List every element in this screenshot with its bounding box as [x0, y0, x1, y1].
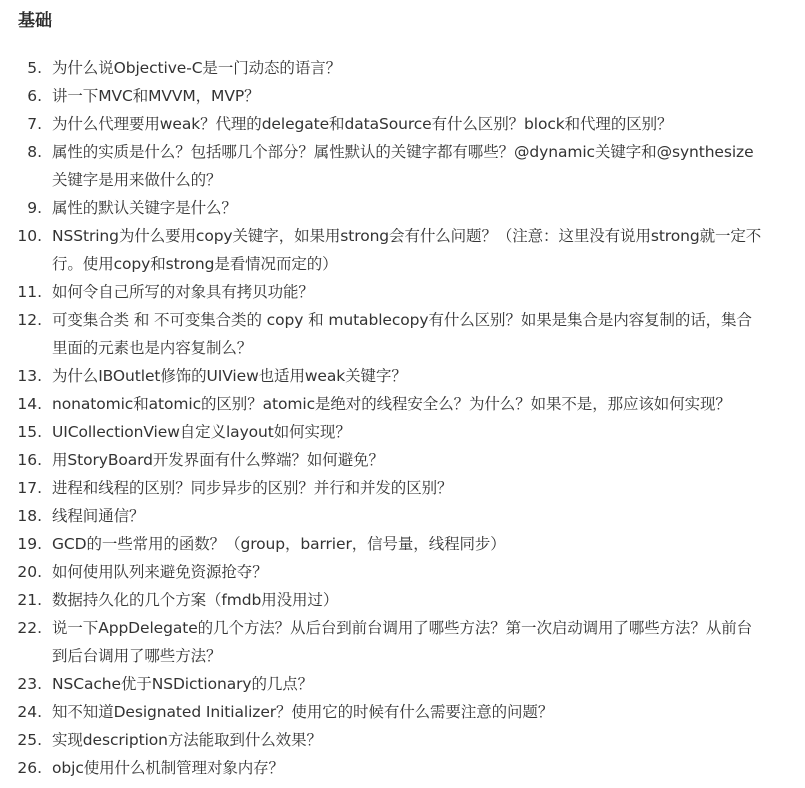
item-text-line: 属性的默认关键字是什么？: [52, 194, 782, 222]
item-number: 26.: [0, 754, 42, 782]
item-text: 线程间通信？: [52, 502, 782, 530]
item-text-line: 如何令自己所写的对象具有拷贝功能？: [52, 278, 782, 306]
list-item: 24. 知不知道Designated Initializer？使用它的时候有什么…: [0, 698, 782, 726]
section-title: 基础: [0, 8, 805, 34]
item-text-line: objc使用什么机制管理对象内存？: [52, 754, 782, 782]
item-number: 13.: [0, 362, 42, 390]
item-number: 8.: [0, 138, 42, 166]
item-number: 6.: [0, 82, 42, 110]
list-item: 14. nonatomic和atomic的区别？atomic是绝对的线程安全么？…: [0, 390, 782, 418]
item-text: GCD的一些常用的函数？（group，barrier，信号量，线程同步）: [52, 530, 782, 558]
item-text: 实现description方法能取到什么效果？: [52, 726, 782, 754]
item-text-line: 用StoryBoard开发界面有什么弊端？如何避免？: [52, 446, 782, 474]
item-text: 为什么IBOutlet修饰的UIView也适用weak关键字？: [52, 362, 782, 390]
item-text: NSCache优于NSDictionary的几点？: [52, 670, 782, 698]
item-number: 10.: [0, 222, 42, 250]
item-number: 17.: [0, 474, 42, 502]
item-text: 为什么说Objective-C是一门动态的语言？: [52, 54, 782, 82]
item-text-line: 为什么IBOutlet修饰的UIView也适用weak关键字？: [52, 362, 782, 390]
item-text-line: nonatomic和atomic的区别？atomic是绝对的线程安全么？为什么？…: [52, 390, 782, 418]
item-text-line: UICollectionView自定义layout如何实现？: [52, 418, 782, 446]
item-text: 属性的实质是什么？包括哪几个部分？属性默认的关键字都有哪些？@dynamic关键…: [52, 138, 782, 194]
item-text: NSString为什么要用copy关键字，如果用strong会有什么问题？（注意…: [52, 222, 782, 278]
list-item: 23. NSCache优于NSDictionary的几点？: [0, 670, 782, 698]
item-text: 如何令自己所写的对象具有拷贝功能？: [52, 278, 782, 306]
item-text: 可变集合类 和 不可变集合类的 copy 和 mutablecopy有什么区别？…: [52, 306, 782, 362]
list-item: 7. 为什么代理要用weak？代理的delegate和dataSource有什么…: [0, 110, 782, 138]
list-item: 11. 如何令自己所写的对象具有拷贝功能？: [0, 278, 782, 306]
item-text-line: NSCache优于NSDictionary的几点？: [52, 670, 782, 698]
item-text: UICollectionView自定义layout如何实现？: [52, 418, 782, 446]
item-number: 16.: [0, 446, 42, 474]
item-number: 21.: [0, 586, 42, 614]
list-item: 12. 可变集合类 和 不可变集合类的 copy 和 mutablecopy有什…: [0, 306, 782, 362]
list-item: 19. GCD的一些常用的函数？（group，barrier，信号量，线程同步）: [0, 530, 782, 558]
item-text-line: 实现description方法能取到什么效果？: [52, 726, 782, 754]
item-text-line: 属性的实质是什么？包括哪几个部分？属性默认的关键字都有哪些？@dynamic关键…: [52, 138, 782, 166]
item-text-line: 说一下AppDelegate的几个方法？从后台到前台调用了哪些方法？第一次启动调…: [52, 614, 782, 642]
item-number: 7.: [0, 110, 42, 138]
item-text-line: 为什么说Objective-C是一门动态的语言？: [52, 54, 782, 82]
item-number: 19.: [0, 530, 42, 558]
list-item: 18. 线程间通信？: [0, 502, 782, 530]
item-text-line: 可变集合类 和 不可变集合类的 copy 和 mutablecopy有什么区别？…: [52, 306, 782, 334]
item-number: 25.: [0, 726, 42, 754]
question-list: 5. 为什么说Objective-C是一门动态的语言？ 6. 讲一下MVC和MV…: [0, 54, 805, 782]
item-number: 12.: [0, 306, 42, 334]
list-item: 26. objc使用什么机制管理对象内存？: [0, 754, 782, 782]
item-text-line: NSString为什么要用copy关键字，如果用strong会有什么问题？（注意…: [52, 222, 782, 250]
item-number: 15.: [0, 418, 42, 446]
item-text-line: 线程间通信？: [52, 502, 782, 530]
list-item: 6. 讲一下MVC和MVVM，MVP？: [0, 82, 782, 110]
item-text-line: 如何使用队列来避免资源抢夺？: [52, 558, 782, 586]
list-item: 10. NSString为什么要用copy关键字，如果用strong会有什么问题…: [0, 222, 782, 278]
list-item: 16. 用StoryBoard开发界面有什么弊端？如何避免？: [0, 446, 782, 474]
item-text: 知不知道Designated Initializer？使用它的时候有什么需要注意…: [52, 698, 782, 726]
list-item: 21. 数据持久化的几个方案（fmdb用没用过）: [0, 586, 782, 614]
item-text-line: 数据持久化的几个方案（fmdb用没用过）: [52, 586, 782, 614]
item-text: objc使用什么机制管理对象内存？: [52, 754, 782, 782]
list-item: 13. 为什么IBOutlet修饰的UIView也适用weak关键字？: [0, 362, 782, 390]
item-number: 23.: [0, 670, 42, 698]
item-text: 属性的默认关键字是什么？: [52, 194, 782, 222]
item-text: 数据持久化的几个方案（fmdb用没用过）: [52, 586, 782, 614]
item-text: 说一下AppDelegate的几个方法？从后台到前台调用了哪些方法？第一次启动调…: [52, 614, 782, 670]
item-text: 讲一下MVC和MVVM，MVP？: [52, 82, 782, 110]
list-item: 9. 属性的默认关键字是什么？: [0, 194, 782, 222]
item-text-line: 里面的元素也是内容复制么？: [52, 334, 782, 362]
item-text-line: 知不知道Designated Initializer？使用它的时候有什么需要注意…: [52, 698, 782, 726]
list-item: 5. 为什么说Objective-C是一门动态的语言？: [0, 54, 782, 82]
item-text-line: 行。使用copy和strong是看情况而定的）: [52, 250, 782, 278]
item-text: 用StoryBoard开发界面有什么弊端？如何避免？: [52, 446, 782, 474]
item-number: 22.: [0, 614, 42, 642]
item-text: 为什么代理要用weak？代理的delegate和dataSource有什么区别？…: [52, 110, 782, 138]
item-text-line: GCD的一些常用的函数？（group，barrier，信号量，线程同步）: [52, 530, 782, 558]
list-item: 20. 如何使用队列来避免资源抢夺？: [0, 558, 782, 586]
item-number: 18.: [0, 502, 42, 530]
list-item: 8. 属性的实质是什么？包括哪几个部分？属性默认的关键字都有哪些？@dynami…: [0, 138, 782, 194]
item-text-line: 为什么代理要用weak？代理的delegate和dataSource有什么区别？…: [52, 110, 782, 138]
item-number: 11.: [0, 278, 42, 306]
list-item: 25. 实现description方法能取到什么效果？: [0, 726, 782, 754]
item-text: 如何使用队列来避免资源抢夺？: [52, 558, 782, 586]
document-page: 基础 5. 为什么说Objective-C是一门动态的语言？ 6. 讲一下MVC…: [0, 0, 805, 782]
item-text: nonatomic和atomic的区别？atomic是绝对的线程安全么？为什么？…: [52, 390, 782, 418]
item-text-line: 到后台调用了哪些方法？: [52, 642, 782, 670]
item-number: 5.: [0, 54, 42, 82]
list-item: 17. 进程和线程的区别？同步异步的区别？并行和并发的区别？: [0, 474, 782, 502]
item-text: 进程和线程的区别？同步异步的区别？并行和并发的区别？: [52, 474, 782, 502]
item-number: 14.: [0, 390, 42, 418]
item-text-line: 关键字是用来做什么的？: [52, 166, 782, 194]
list-item: 22. 说一下AppDelegate的几个方法？从后台到前台调用了哪些方法？第一…: [0, 614, 782, 670]
item-number: 24.: [0, 698, 42, 726]
list-item: 15. UICollectionView自定义layout如何实现？: [0, 418, 782, 446]
item-number: 20.: [0, 558, 42, 586]
item-text-line: 讲一下MVC和MVVM，MVP？: [52, 82, 782, 110]
item-number: 9.: [0, 194, 42, 222]
item-text-line: 进程和线程的区别？同步异步的区别？并行和并发的区别？: [52, 474, 782, 502]
